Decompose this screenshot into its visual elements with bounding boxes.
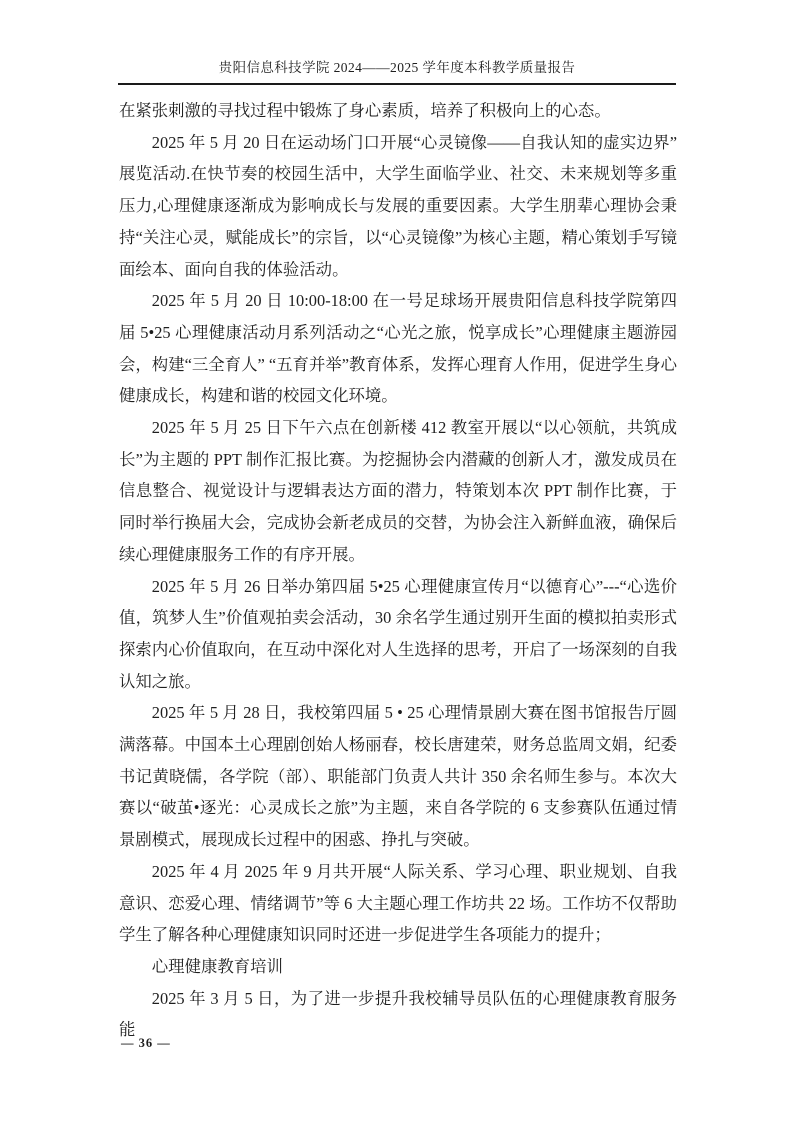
document-page: 贵阳信息科技学院 2024——2025 学年度本科教学质量报告 在紧张刺激的寻找… [0,0,793,1122]
paragraph: 2025 年 5 月 28 日，我校第四届 5 • 25 心理情景剧大赛在图书馆… [119,697,677,856]
page-header: 贵阳信息科技学院 2024——2025 学年度本科教学质量报告 [118,58,676,85]
paragraph: 2025 年 5 月 20 日在运动场门口开展“心灵镜像——自我认知的虚实边界”… [119,127,677,286]
paragraph: 2025 年 4 月 2025 年 9 月共开展“人际关系、学习心理、职业规划、… [119,856,677,951]
document-body: 在紧张刺激的寻找过程中锻炼了身心素质，培养了积极向上的心态。2025 年 5 月… [119,95,677,1046]
page-footer: — 36 — [121,1036,171,1051]
paragraph: 在紧张刺激的寻找过程中锻炼了身心素质，培养了积极向上的心态。 [119,95,677,127]
header-rule [118,83,676,85]
paragraph: 2025 年 5 月 25 日下午六点在创新楼 412 教室开展以“以心领航，共… [119,412,677,571]
paragraph: 2025 年 5 月 26 日举办第四届 5•25 心理健康宣传月“以德育心”-… [119,571,677,698]
paragraph: 2025 年 3 月 5 日，为了进一步提升我校辅导员队伍的心理健康教育服务能 [119,983,677,1046]
paragraph: 心理健康教育培训 [119,951,677,983]
page-number: — 36 — [121,1036,171,1050]
paragraph: 2025 年 5 月 20 日 10:00-18:00 在一号足球场开展贵阳信息… [119,285,677,412]
header-title: 贵阳信息科技学院 2024——2025 学年度本科教学质量报告 [118,58,676,83]
